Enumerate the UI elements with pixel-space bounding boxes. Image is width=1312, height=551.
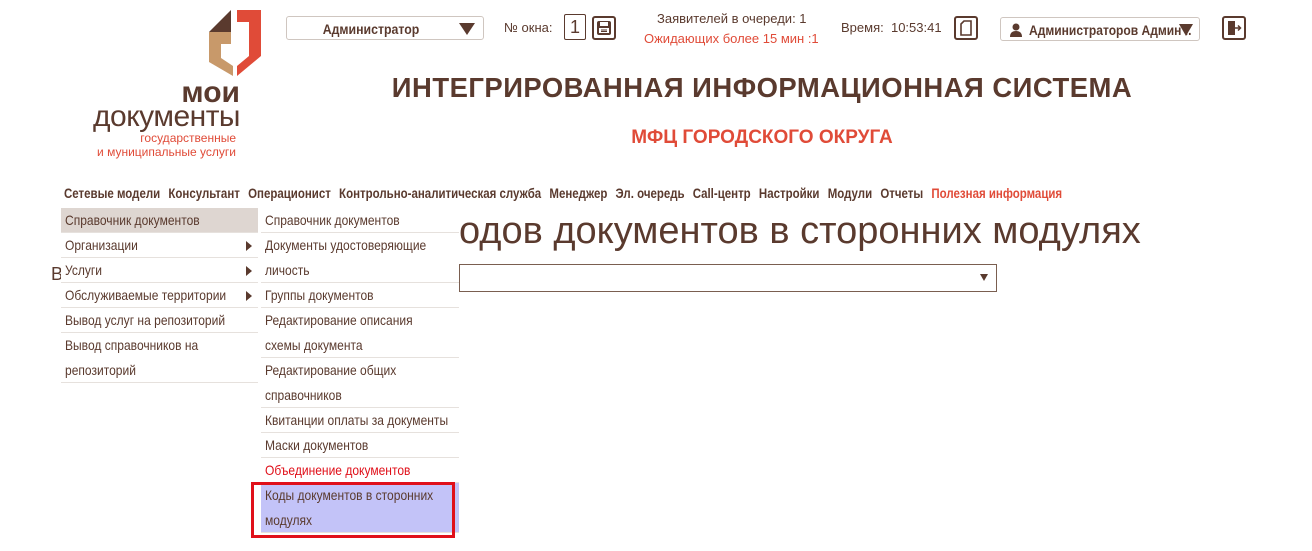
save-button[interactable] [592,16,616,40]
menu-item-documents-directory[interactable]: Справочник документов [61,208,258,233]
logo-tagline-line1: государственные [60,131,236,145]
time-value: 10:53:41 [891,20,942,35]
nav-item-useful-info[interactable]: Полезная информация [931,185,1062,201]
submenu-item-edit-schema[interactable]: Редактирование описания схемы документа [261,308,459,358]
menu-item-label: схемы документа [265,333,363,358]
menu-item-label: Вывод услуг на репозиторий [65,308,225,333]
chevron-right-icon [246,266,252,276]
queue-count: Заявителей в очереди: 1 [657,11,807,26]
document-button[interactable] [954,16,978,40]
menu-item-label: репозиторий [65,358,136,383]
menu-item-territories[interactable]: Обслуживаемые территории [61,283,258,308]
chevron-down-icon [1179,24,1193,36]
page-title: одов документов в сторонних модулях [459,210,1141,253]
menu-item-label: Обслуживаемые территории [65,283,226,308]
mfc-logo-icon [209,10,261,76]
queue-waiting: Ожидающих более 15 мин :1 [644,31,819,46]
document-icon [956,18,976,38]
main-nav: Сетевые модели Консультант Операционист … [64,185,1070,201]
submenu-item-merge-documents[interactable]: Объединение документов [261,458,459,483]
menu-item-services-repository[interactable]: Вывод услуг на репозиторий [61,308,258,333]
menu-item-label: Объединение документов [265,458,410,483]
menu-item-label: Организации [65,233,138,258]
menu-item-label: личость [265,258,310,283]
nav-item-consultant[interactable]: Консультант [168,185,239,201]
time-label: Время: [841,20,884,35]
logo-tagline: государственные и муниципальные услуги [60,131,236,159]
submenu-item-document-masks[interactable]: Маски документов [261,433,459,458]
system-subtitle: МФЦ ГОРОДСКОГО ОКРУГА [380,127,1144,149]
menu-item-label: справочников [265,383,342,408]
nav-item-network-models[interactable]: Сетевые модели [64,185,160,201]
nav-item-control-analytics[interactable]: Контрольно-аналитическая служба [339,185,541,201]
submenu-item-document-groups[interactable]: Группы документов [261,283,459,308]
logout-icon [1224,18,1244,38]
nav-item-queue[interactable]: Эл. очередь [616,185,685,201]
nav-item-modules[interactable]: Модули [828,185,872,201]
logout-button[interactable] [1222,16,1246,40]
menu-item-label: Квитанции оплаты за документы [265,408,448,433]
menu-item-label: Документы удостоверяющие [265,233,426,258]
user-select-value: Администраторов Админ .. [1029,22,1191,38]
dropdown-menu-level1: Справочник документов Организации Услуги… [61,208,258,384]
menu-item-label: Справочник документов [65,208,200,233]
system-title: ИНТЕГРИРОВАННАЯ ИНФОРМАЦИОННАЯ СИСТЕМА [388,72,1137,104]
chevron-down-icon [980,274,988,281]
menu-item-label: Справочник документов [265,208,400,233]
logo-tagline-line2: и муниципальные услуги [60,145,236,159]
nav-item-settings[interactable]: Настройки [759,185,820,201]
submenu-item-edit-common-directories[interactable]: Редактирование общих справочников [261,358,459,408]
chevron-down-icon [459,23,475,35]
window-number-field[interactable]: 1 [564,14,586,40]
module-select[interactable] [459,264,997,292]
nav-item-operator[interactable]: Операционист [248,185,331,201]
menu-item-label: Редактирование описания [265,308,413,333]
time-display: Время: 10:53:41 [841,20,942,35]
user-icon [1008,22,1024,38]
nav-item-call-center[interactable]: Call-центр [693,185,751,201]
menu-item-services[interactable]: Услуги [61,258,258,283]
chevron-right-icon [246,241,252,251]
floppy-disk-icon [594,18,614,38]
role-select[interactable]: Администратор [286,16,484,40]
submenu-item-identity-documents[interactable]: Документы удостоверяющие личость [261,233,459,283]
menu-item-organizations[interactable]: Организации [61,233,258,258]
menu-item-label: Редактирование общих [265,358,396,383]
nav-item-reports[interactable]: Отчеты [880,185,923,201]
menu-item-label: Маски документов [265,433,368,458]
menu-item-label: Группы документов [265,283,374,308]
user-select[interactable]: Администраторов Админ .. [1000,17,1200,41]
menu-item-label: Вывод справочников на [65,333,198,358]
role-select-value: Администратор [297,21,445,37]
logo-text-documents: документы [58,102,240,132]
window-number-label: № окна: [504,20,553,35]
submenu-item-documents-directory[interactable]: Справочник документов [261,208,459,233]
menu-item-directories-repository[interactable]: Вывод справочников на репозиторий [61,333,258,383]
menu-item-label: Услуги [65,258,102,283]
selection-highlight-frame [251,482,455,538]
nav-item-manager[interactable]: Менеджер [549,185,607,201]
submenu-item-payment-receipts[interactable]: Квитанции оплаты за документы [261,408,459,433]
chevron-right-icon [246,291,252,301]
